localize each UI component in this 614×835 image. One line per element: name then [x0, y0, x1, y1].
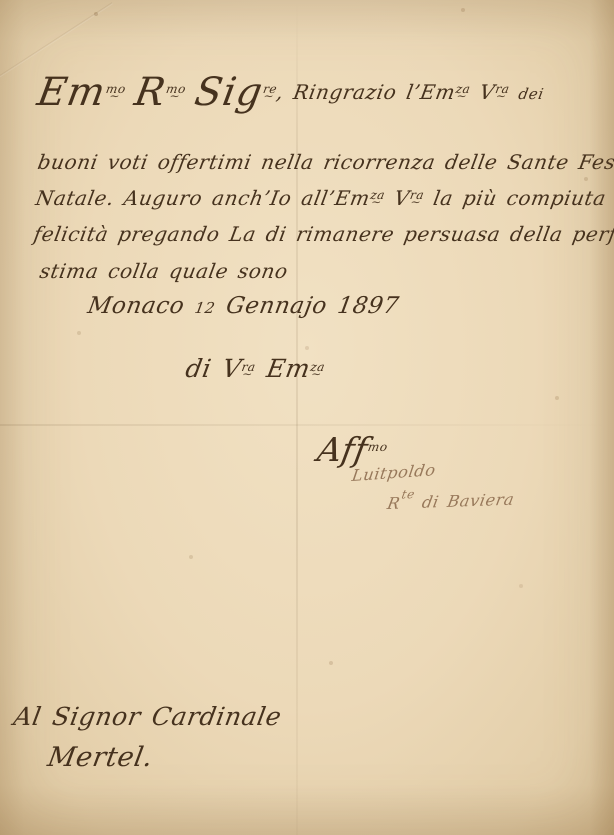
salutation-and-opening-line: Emmo~ Rmo~ Sigre~, Ringrazio l’Emza~ Vra…: [34, 70, 608, 115]
signature-title: Rte di Baviera: [386, 484, 517, 513]
address-line-2: Mertel.: [45, 742, 155, 773]
foxing-spots: [0, 0, 2, 2]
address-line-1: Al Signor Cardinale: [11, 702, 283, 731]
body-line-2: buoni voti offertimi nella ricorrenza de…: [36, 150, 614, 174]
fold-crease-vertical: [296, 0, 298, 835]
body-line-3: Natale. Auguro anch’Io all’Emza~ Vra~ la…: [34, 186, 608, 210]
valediction-line: di Vra~ Emza~: [183, 354, 327, 383]
fold-crease-horizontal: [0, 424, 614, 426]
body-line-4: felicità pregando La di rimanere persuas…: [32, 222, 614, 246]
closing-line: Affmo: [315, 430, 391, 469]
date-line: Monaco 12 Gennajo 1897: [86, 293, 401, 319]
letter-page: Emmo~ Rmo~ Sigre~, Ringrazio l’Emza~ Vra…: [0, 0, 614, 835]
body-line-5: stima colla quale sono: [38, 259, 290, 283]
